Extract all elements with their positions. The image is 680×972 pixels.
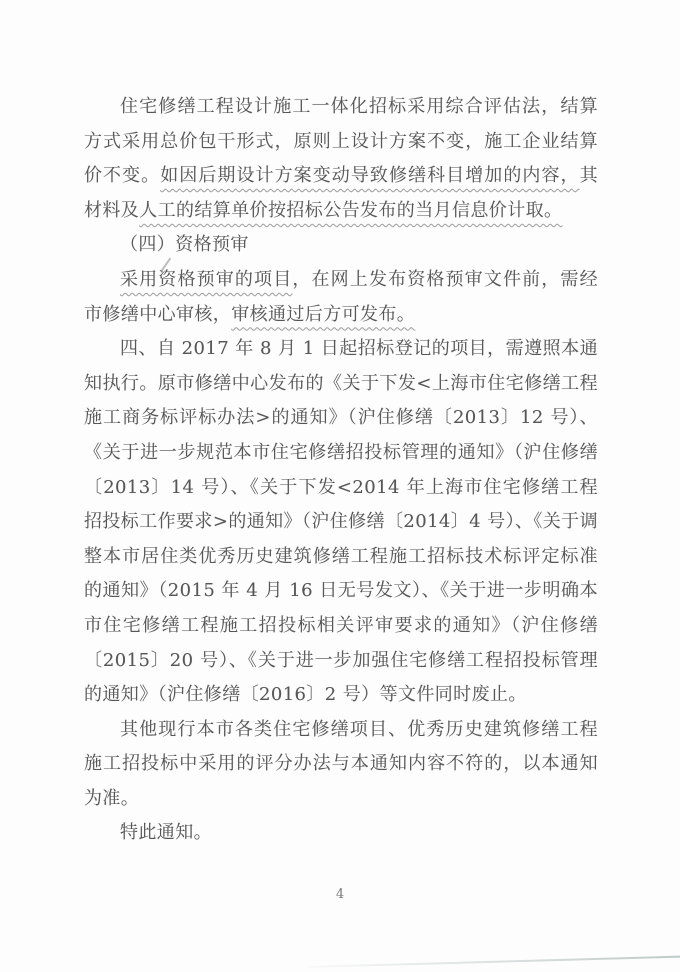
underlined-segment: 审核通过后方可发布。 bbox=[231, 304, 415, 325]
paragraph-settlement-method: 住宅修缮工程设计施工一体化招标采用综合评估法，结算方式采用总价包干形式，原则上设… bbox=[84, 90, 598, 228]
page-number: 4 bbox=[0, 887, 680, 902]
underlined-segment: 人工的结算单价按招标公告发布的当月信息价计取。 bbox=[139, 200, 562, 221]
section-heading-text: （四）资格预审 bbox=[120, 234, 249, 255]
document-body: 住宅修缮工程设计施工一体化招标采用综合评估法，结算方式采用总价包干形式，原则上设… bbox=[84, 90, 598, 851]
paragraph-effective-date: 四、自 2017 年 8 月 1 日起招标登记的项目，需遵照本通知执行。原市修缮… bbox=[84, 332, 598, 713]
text-segment: 四、自 2017 年 8 月 1 日起招标登记的项目，需遵照本通知执行。原市修缮… bbox=[84, 338, 598, 705]
scan-edge-shadow bbox=[308, 956, 680, 968]
underlined-segment: 采用资格预审的项目 bbox=[120, 269, 292, 290]
paragraph-closing: 特此通知。 bbox=[84, 816, 598, 851]
text-segment: 其他现行本市各类住宅修缮项目、优秀历史建筑修缮工程施工招投标中采用的评分办法与本… bbox=[84, 719, 598, 809]
text-segment: 特此通知。 bbox=[120, 822, 212, 843]
paragraph-prequalification: 采用资格预审的项目，在网上发布资格预审文件前，需经市修缮中心审核，审核通过后方可… bbox=[84, 263, 598, 332]
underlined-segment: 如因后期设计方案变动导致修缮科目增加的内容， bbox=[160, 165, 579, 186]
paragraph-other-provisions: 其他现行本市各类住宅修缮项目、优秀历史建筑修缮工程施工招投标中采用的评分办法与本… bbox=[84, 713, 598, 817]
document-page: 住宅修缮工程设计施工一体化招标采用综合评估法，结算方式采用总价包干形式，原则上设… bbox=[0, 0, 680, 972]
paragraph-section-heading: （四）资格预审 bbox=[84, 228, 598, 263]
